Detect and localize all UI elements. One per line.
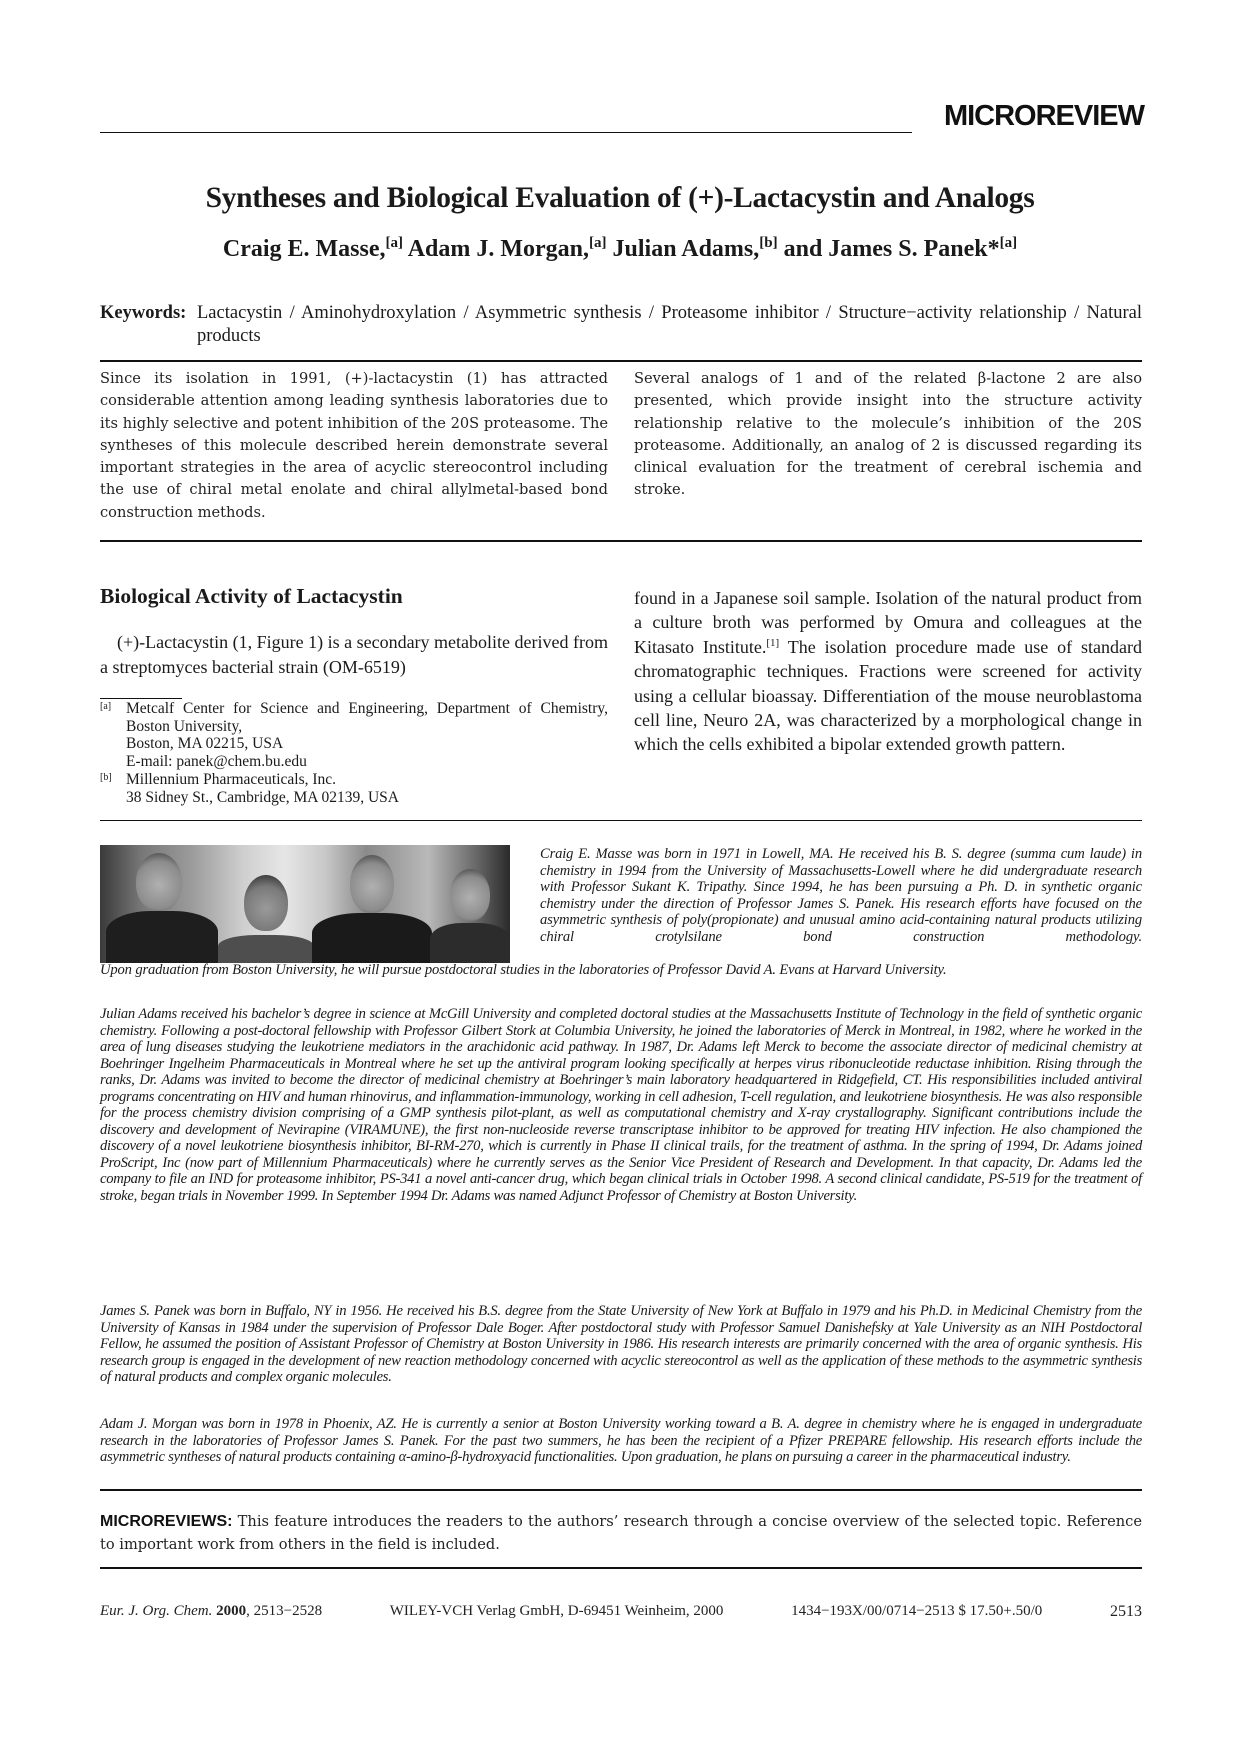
bio-masse: Craig E. Masse was born in 1971 in Lowel… — [540, 846, 1142, 946]
author-name: Adam J. Morgan, — [408, 236, 589, 262]
section-label: MICROREVIEW — [912, 100, 1144, 133]
body-rule — [100, 820, 1142, 821]
footnote-line: Metcalf Center for Science and Engineeri… — [126, 700, 608, 735]
person-figure — [218, 845, 314, 963]
author-list: Craig E. Masse,[a] Adam J. Morgan,[a] Ju… — [100, 236, 1140, 263]
bio-adams: Julian Adams received his bachelor’s deg… — [100, 1006, 1142, 1205]
affiliation-footnotes: [a] Metcalf Center for Science and Engin… — [100, 700, 608, 806]
footnote-a: [a] Metcalf Center for Science and Engin… — [100, 700, 608, 771]
page-number: 2513 — [1110, 1603, 1142, 1621]
microreviews-label: MICROREVIEWS: — [100, 1513, 232, 1530]
author-name: Craig E. Masse, — [223, 236, 386, 262]
footnote-mark: [b] — [100, 771, 126, 806]
footnote-line: Millennium Pharmaceuticals, Inc. — [126, 771, 608, 789]
author-affiliation: [a] — [386, 235, 404, 251]
body-paragraph-left: (+)-Lactacystin (1, Figure 1) is a secon… — [100, 630, 608, 679]
bio-rule — [100, 1489, 1142, 1491]
author-affiliation: [a] — [589, 235, 607, 251]
article-title: Syntheses and Biological Evaluation of (… — [100, 182, 1140, 215]
abstract-right: Several analogs of 1 and of the related … — [634, 368, 1142, 502]
note-rule — [100, 1567, 1142, 1569]
footnote-email: E-mail: panek@chem.bu.edu — [126, 753, 608, 771]
person-figure — [106, 845, 218, 963]
keywords: Keywords: Lactacystin / Aminohydroxylati… — [100, 302, 1142, 348]
author-name: and James S. Panek* — [784, 236, 1000, 262]
bio-masse-continued: Upon graduation from Boston University, … — [100, 962, 1142, 979]
footnote-line: 38 Sidney St., Cambridge, MA 02139, USA — [126, 789, 608, 807]
keywords-label: Keywords: — [100, 302, 197, 348]
header-rule — [100, 132, 912, 133]
author-photo — [100, 845, 510, 963]
person-figure — [430, 845, 510, 963]
footnote-line: Boston, MA 02215, USA — [126, 735, 608, 753]
abstract-rule — [100, 540, 1142, 542]
keywords-list: Lactacystin / Aminohydroxylation / Asymm… — [197, 302, 1142, 348]
section-heading: Biological Activity of Lactacystin — [100, 584, 403, 609]
page-footer: Eur. J. Org. Chem. 2000, 2513−2528 WILEY… — [100, 1603, 1142, 1621]
journal-citation: Eur. J. Org. Chem. 2000, 2513−2528 — [100, 1603, 322, 1621]
bio-morgan: Adam J. Morgan was born in 1978 in Phoen… — [100, 1416, 1142, 1466]
author-affiliation: [b] — [759, 235, 777, 251]
reference-citation: [1] — [766, 637, 779, 649]
person-figure — [312, 845, 432, 963]
author-name: Julian Adams, — [613, 236, 760, 262]
author-affiliation: [a] — [1000, 235, 1018, 251]
microreviews-text: This feature introduces the readers to t… — [100, 1513, 1142, 1553]
body-paragraph-right: found in a Japanese soil sample. Isolati… — [634, 586, 1142, 757]
footnote-mark: [a] — [100, 700, 126, 771]
issn-code: 1434−193X/00/0714−2513 $ 17.50+.50/0 — [791, 1603, 1042, 1621]
bio-panek: James S. Panek was born in Buffalo, NY i… — [100, 1303, 1142, 1386]
publisher: WILEY-VCH Verlag GmbH, D-69451 Weinheim,… — [390, 1603, 724, 1621]
footnote-rule — [100, 698, 182, 699]
microreviews-note: MICROREVIEWS: This feature introduces th… — [100, 1511, 1142, 1556]
abstract-left: Since its isolation in 1991, (+)-lactacy… — [100, 368, 608, 524]
keywords-rule — [100, 360, 1142, 362]
footnote-b: [b] Millennium Pharmaceuticals, Inc. 38 … — [100, 771, 608, 806]
